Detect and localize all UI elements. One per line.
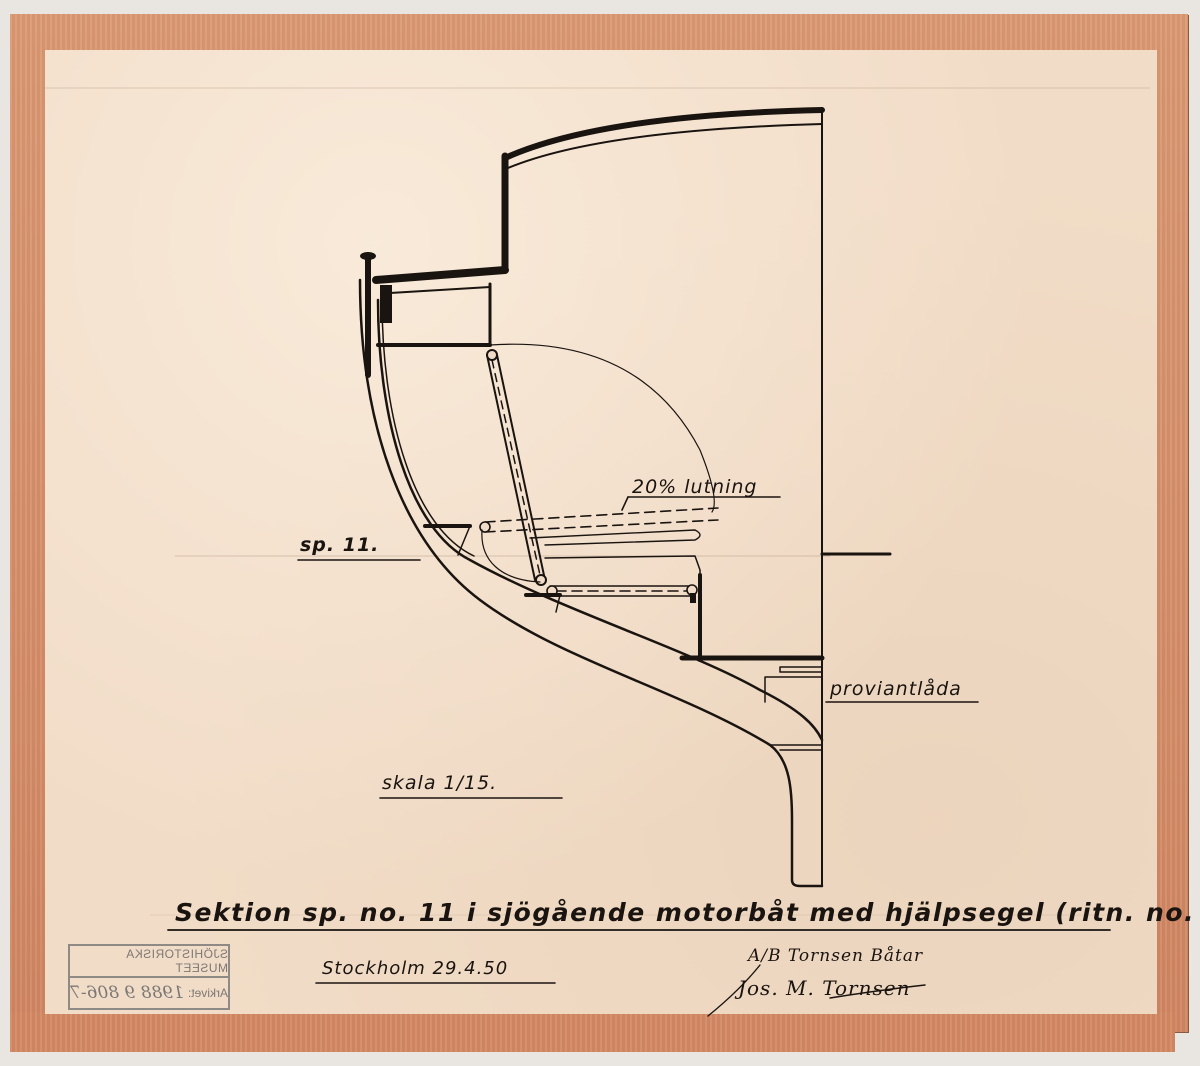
station-label: sp. 11. [300,534,379,556]
stamp-archive-row: Arkivet: 1988 9 806-7 [70,978,228,1008]
place-date: Stockholm 29.4.50 [322,958,508,979]
drawing-title: Sektion sp. no. 11 i sjögående motorbåt … [175,898,1200,927]
stamp-archive-number: 1988 9 806-7 [70,983,184,1003]
stamp-museum-name: SJÖHISTORISKA MUSEET [70,946,228,978]
archive-stamp: SJÖHISTORISKA MUSEET Arkivet: 1988 9 806… [68,944,230,1010]
signature-company: A/B Tornsen Båtar [748,946,923,966]
scale-label: skala 1/15. [382,772,497,794]
provision-box-label: proviantlåda [830,678,962,700]
signature-name: Jos. M. Tornsen [738,976,910,1000]
stamp-archive-label: Arkivet: [188,986,228,1000]
inclination-label: 20% lutning [632,476,757,498]
